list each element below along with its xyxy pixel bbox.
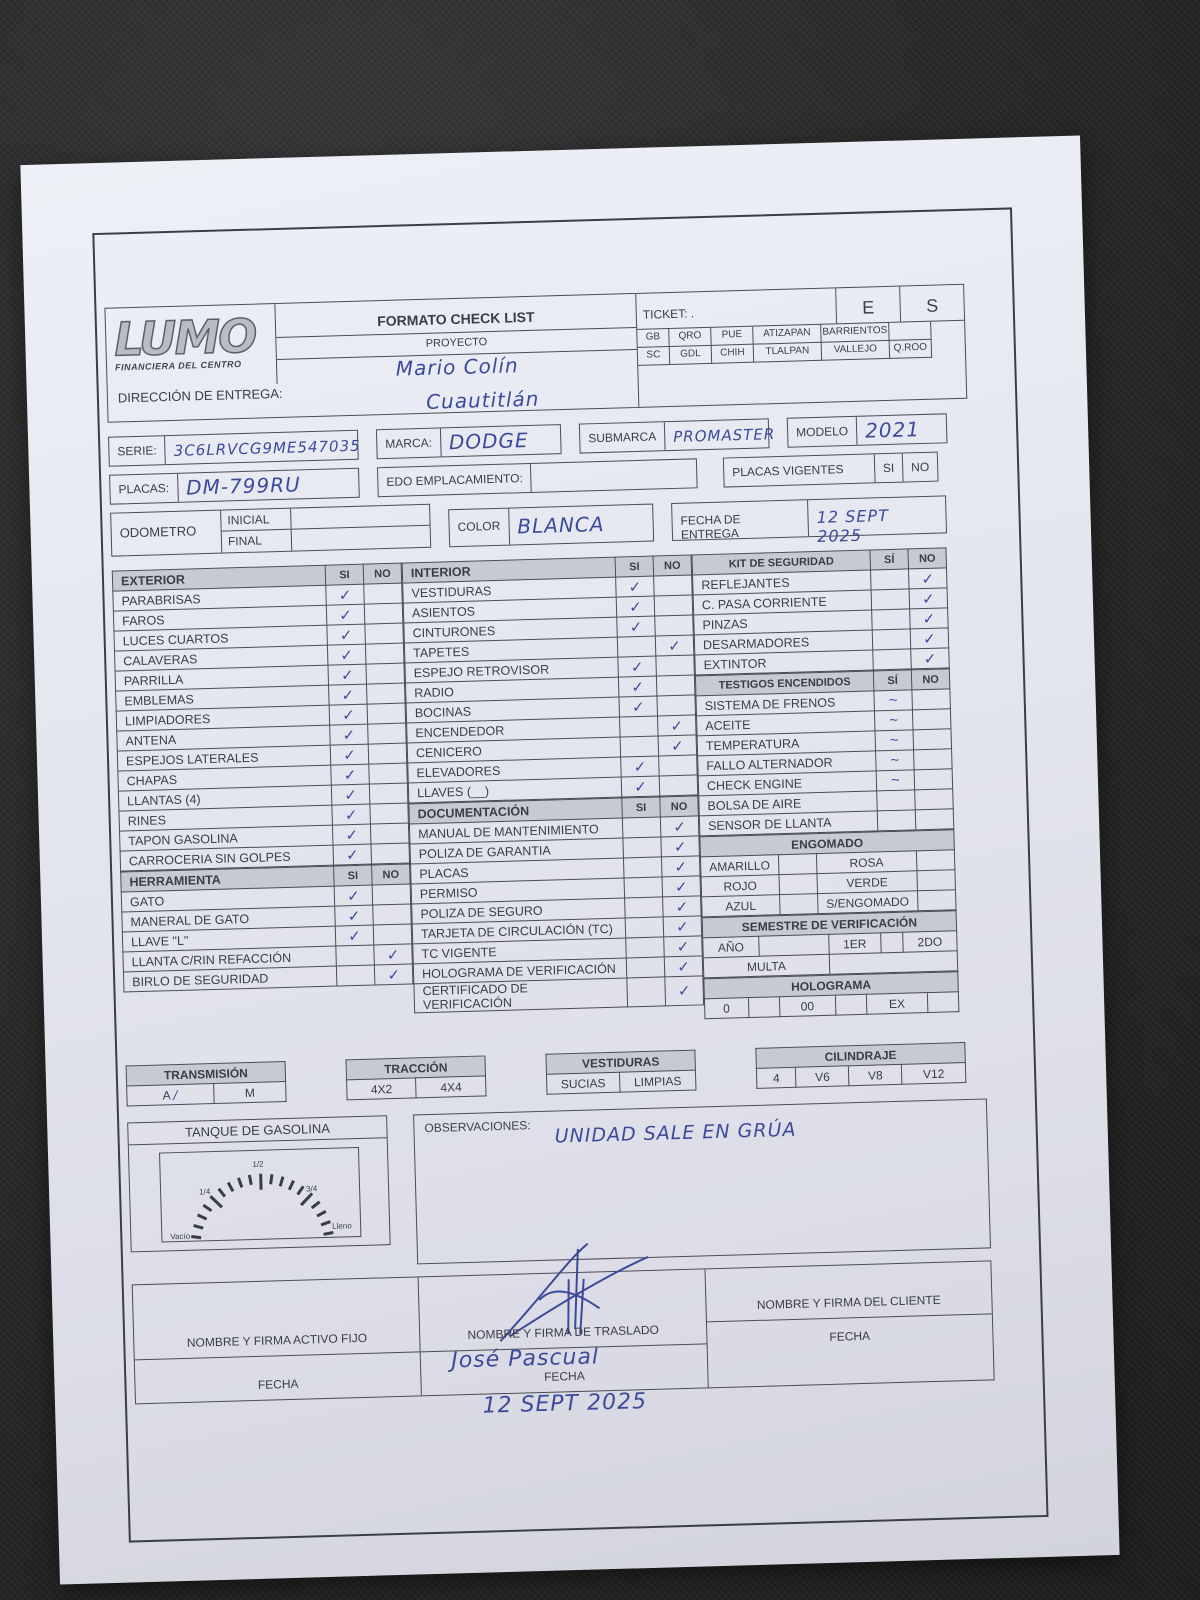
- fuel-gauge[interactable]: Vacío 1/4 1/2 3/4 Lleno: [159, 1147, 361, 1243]
- interior-si-header: SI: [615, 556, 654, 577]
- checkbox-no[interactable]: [373, 924, 412, 945]
- checkbox-si[interactable]: ✓: [334, 885, 373, 906]
- checkbox-si[interactable]: [877, 790, 916, 811]
- testigos-si-header: SÍ: [873, 670, 912, 691]
- checkbox-no[interactable]: [656, 675, 695, 696]
- edo-emplacamiento-value: [531, 463, 548, 491]
- checkbox-si[interactable]: [626, 937, 665, 958]
- testigos-no-header: NO: [911, 669, 950, 690]
- checkbox-no[interactable]: [914, 749, 953, 770]
- location-option[interactable]: TLALPAN: [754, 343, 822, 363]
- checkbox-si[interactable]: [626, 957, 665, 978]
- checkbox-no[interactable]: ✓: [663, 916, 702, 937]
- placas-vigentes-field: PLACAS VIGENTES SI NO: [723, 452, 939, 488]
- checkbox-no[interactable]: [364, 583, 403, 604]
- location-option[interactable]: GB: [637, 329, 669, 348]
- checkbox-si[interactable]: ✓: [333, 844, 372, 865]
- checkbox-no[interactable]: [654, 575, 693, 596]
- vestiduras-limpias[interactable]: LIMPIAS: [619, 1070, 696, 1092]
- location-option[interactable]: CHIH: [712, 345, 754, 364]
- checkbox-si[interactable]: ✓: [331, 784, 370, 805]
- location-option[interactable]: ATIZAPAN: [753, 325, 821, 345]
- cilindraje-v6[interactable]: V6: [796, 1066, 849, 1087]
- checkbox-no[interactable]: [367, 683, 406, 704]
- delivery-address-label: DIRECCIÓN DE ENTREGA:: [118, 386, 283, 406]
- cliente-name-label: NOMBRE Y FIRMA DEL CLIENTE: [706, 1291, 992, 1313]
- location-option[interactable]: GDL: [670, 346, 712, 365]
- checkbox-no[interactable]: [370, 823, 409, 844]
- engomado-option: VERDE: [817, 871, 917, 894]
- multa-label: MULTA: [703, 954, 829, 978]
- logo-mark: LUMO: [114, 312, 268, 362]
- checkbox-no[interactable]: [655, 615, 694, 636]
- location-option[interactable]: PUE: [711, 327, 753, 346]
- engomado-checkbox[interactable]: [778, 854, 817, 875]
- location-grid: GBQROPUEATIZAPANBARRIENTOSSCGDLCHIHTLALP…: [637, 321, 965, 366]
- checkbox-si[interactable]: [872, 629, 911, 650]
- herramienta-no-header: NO: [372, 864, 411, 885]
- checkbox-si[interactable]: ~: [875, 730, 914, 751]
- semestre-second[interactable]: 2DO: [903, 931, 958, 953]
- checkbox-no[interactable]: ✓: [664, 936, 703, 957]
- engomado-option: ROSA: [816, 851, 916, 874]
- checkbox-no[interactable]: ✓: [374, 964, 413, 985]
- traccion-table: TRACCIÓN 4X2 4X4: [345, 1055, 486, 1100]
- signature-traslado[interactable]: NOMBRE Y FIRMA DE TRASLADO José Pascual …: [419, 1269, 709, 1395]
- gauge-quarter-label: 1/4: [199, 1187, 211, 1196]
- cilindraje-4[interactable]: 4: [756, 1067, 796, 1088]
- checkbox-no[interactable]: ✓: [662, 876, 701, 897]
- checkbox-no[interactable]: ✓: [660, 816, 699, 837]
- checkbox-no[interactable]: ✓: [665, 976, 704, 1006]
- checkbox-no[interactable]: ✓: [910, 608, 949, 629]
- checkbox-si[interactable]: ✓: [327, 644, 366, 665]
- checkbox-si[interactable]: ✓: [326, 584, 365, 605]
- marca-field[interactable]: MARCA: DODGE: [376, 424, 562, 459]
- checkbox-si[interactable]: [336, 945, 375, 966]
- kit_seguridad-si-header: SÍ: [870, 549, 909, 570]
- modelo-label: MODELO: [788, 417, 858, 447]
- checkbox-no[interactable]: ✓: [909, 588, 948, 609]
- semestre-first[interactable]: 1ER: [828, 933, 881, 954]
- form-sheet: LUMO FINANCIERA DEL CENTRO FORMATO CHECK…: [104, 284, 994, 1405]
- odometro-inicial-label: INICIAL: [221, 509, 292, 531]
- traccion-4x2[interactable]: 4X2: [347, 1078, 417, 1100]
- entry-checkbox[interactable]: E: [835, 287, 900, 324]
- checkbox-no[interactable]: [365, 623, 404, 644]
- vestiduras-table: VESTIDURAS SUCIAS LIMPIAS: [545, 1050, 696, 1095]
- cliente-date-label: FECHA: [707, 1325, 993, 1347]
- fecha-entrega-field[interactable]: FECHA DE ENTREGA 12 SEPT 2025: [671, 495, 947, 541]
- engomado-checkbox[interactable]: [779, 874, 818, 895]
- placas-label: PLACAS:: [110, 474, 178, 504]
- transmision-manual[interactable]: M: [214, 1082, 286, 1104]
- checkbox-si[interactable]: ✓: [619, 696, 658, 717]
- exit-checkbox[interactable]: S: [899, 285, 964, 322]
- checkbox-no[interactable]: [373, 904, 412, 925]
- checkbox-si[interactable]: ✓: [616, 576, 655, 597]
- odometro-field: ODOMETRO INICIAL FINAL: [110, 504, 431, 557]
- engomado-checkbox[interactable]: [917, 870, 956, 891]
- odometro-final-label: FINAL: [222, 530, 293, 553]
- interior-column: INTERIORSINOVESTIDURAS✓ASIENTOS✓CINTURON…: [402, 554, 705, 1027]
- checkbox-si[interactable]: [627, 977, 666, 1007]
- exterior-si-header: SI: [325, 564, 364, 585]
- placas-field[interactable]: PLACAS: DM-799RU: [109, 468, 360, 505]
- checkbox-si[interactable]: [617, 636, 656, 657]
- placas-vigentes-si[interactable]: SI: [874, 454, 903, 483]
- signature-section: NOMBRE Y FIRMA ACTIVO FIJO FECHA NOMBRE …: [132, 1260, 995, 1404]
- checkbox-si[interactable]: ✓: [617, 616, 656, 637]
- checkbox-no[interactable]: [369, 783, 408, 804]
- checkbox-no[interactable]: [912, 689, 951, 710]
- checkbox-no[interactable]: ✓: [910, 628, 949, 649]
- checkbox-si[interactable]: ✓: [330, 724, 369, 745]
- checkbox-si[interactable]: ✓: [618, 656, 657, 677]
- checkbox-no[interactable]: [368, 743, 407, 764]
- checkbox-si[interactable]: [623, 837, 662, 858]
- semestre-table: SEMESTRE DE VERIFICACIÓN AÑO 1ER 2DO MUL…: [702, 910, 959, 978]
- documentacion-table: DOCUMENTACIÓNSINOMANUAL DE MANTENIMIENTO…: [408, 795, 704, 1013]
- checkbox-no[interactable]: ✓: [658, 715, 697, 736]
- checkbox-si[interactable]: ✓: [332, 804, 371, 825]
- checkbox-si[interactable]: ~: [874, 710, 913, 731]
- activo-fijo-date-label: FECHA: [135, 1373, 421, 1395]
- checkbox-no[interactable]: ✓: [658, 735, 697, 756]
- semestre-first-box[interactable]: [881, 932, 904, 953]
- checkbox-no[interactable]: [659, 775, 698, 796]
- odometro-label: ODOMETRO: [111, 511, 222, 556]
- gauge-full-label: Lleno: [332, 1221, 352, 1231]
- checkbox-no[interactable]: [372, 884, 411, 905]
- engomado-checkbox[interactable]: [779, 894, 818, 915]
- location-option[interactable]: [889, 322, 931, 341]
- fecha-entrega-label: FECHA DE ENTREGA: [672, 500, 809, 540]
- checkbox-si[interactable]: [871, 569, 910, 590]
- activo-fijo-name-label: NOMBRE Y FIRMA ACTIVO FIJO: [134, 1329, 420, 1351]
- cilindraje-v8[interactable]: V8: [849, 1064, 902, 1085]
- checkbox-no[interactable]: [914, 769, 953, 790]
- checkbox-no[interactable]: [371, 843, 410, 864]
- delivery-address-value: Cuautitlán: [426, 387, 540, 414]
- fecha-entrega-value: 12 SEPT 2025: [808, 496, 946, 536]
- checkbox-no[interactable]: ✓: [661, 836, 700, 857]
- color-field[interactable]: COLOR BLANCA: [448, 504, 654, 548]
- gauge-three-quarter-label: 3/4: [306, 1184, 318, 1193]
- option-boxes: TRANSMISIÓN A / M TRACCIÓN 4X2 4X4 VESTI…: [126, 1041, 987, 1106]
- placas-value: DM-799RU: [178, 470, 309, 502]
- checkbox-no[interactable]: ✓: [909, 568, 948, 589]
- checklist-item-label: CERTIFICADO DE VERIFICACIÓN: [414, 978, 628, 1013]
- checkbox-si[interactable]: [336, 965, 375, 986]
- fuel-tank-title: TANQUE DE GASOLINA: [128, 1116, 387, 1145]
- checkbox-si[interactable]: ~: [874, 690, 913, 711]
- checkbox-no[interactable]: [659, 755, 698, 776]
- interior-no-header: NO: [653, 555, 692, 576]
- checkbox-si[interactable]: [622, 817, 661, 838]
- kit-seguridad-table: KIT DE SEGURIDADSÍNOREFLEJANTES✓C. PASA …: [692, 547, 950, 675]
- interior-table: INTERIORSINOVESTIDURAS✓ASIENTOS✓CINTURON…: [402, 554, 699, 803]
- checkbox-si[interactable]: ✓: [335, 925, 374, 946]
- cilindraje-table: CILINDRAJE 4 V6 V8 V12: [755, 1042, 966, 1089]
- checkbox-no[interactable]: ✓: [374, 944, 413, 965]
- signature-activo-fijo[interactable]: NOMBRE Y FIRMA ACTIVO FIJO FECHA: [133, 1277, 423, 1403]
- serie-value: 3C6LRVCG9ME547035: [165, 430, 369, 464]
- checkbox-si[interactable]: [620, 736, 659, 757]
- vestiduras-sucias[interactable]: SUCIAS: [546, 1072, 619, 1094]
- checkbox-no[interactable]: [369, 763, 408, 784]
- form-header: LUMO FINANCIERA DEL CENTRO FORMATO CHECK…: [104, 284, 967, 423]
- cilindraje-v12[interactable]: V12: [901, 1063, 965, 1085]
- holograma-ex[interactable]: EX: [866, 993, 927, 1015]
- engomado-option: ROJO: [701, 875, 779, 897]
- checkbox-si[interactable]: ✓: [326, 604, 365, 625]
- holograma-0-box[interactable]: [748, 997, 780, 1018]
- submarca-label: SUBMARCA: [580, 422, 666, 452]
- gauge-empty-label: Vacío: [170, 1232, 191, 1242]
- placas-vigentes-label: PLACAS VIGENTES: [724, 454, 875, 486]
- gauge-half-label: 1/2: [252, 1160, 264, 1169]
- checkbox-si[interactable]: ✓: [618, 676, 657, 697]
- exterior-column: EXTERIORSINOPARABRISAS✓FAROS✓LUCES CUART…: [112, 563, 415, 1036]
- checkbox-no[interactable]: ✓: [655, 635, 694, 656]
- traccion-4x4[interactable]: 4X4: [416, 1076, 486, 1098]
- engomado-table: ENGOMADO AMARILLOROSAROJOVERDEAZULS/ENGO…: [699, 829, 956, 917]
- transmision-table: TRANSMISIÓN A / M: [126, 1061, 287, 1106]
- checkbox-si[interactable]: [620, 716, 659, 737]
- observaciones-box[interactable]: OBSERVACIONES: UNIDAD SALE EN GRÚA: [413, 1098, 991, 1264]
- checkbox-si[interactable]: ✓: [332, 824, 371, 845]
- checkbox-no[interactable]: [370, 803, 409, 824]
- checkbox-no[interactable]: [366, 663, 405, 684]
- checkbox-si[interactable]: ~: [876, 770, 915, 791]
- location-option[interactable]: SC: [638, 347, 670, 366]
- engomado-option: S/ENGOMADO: [818, 891, 918, 914]
- checkbox-si[interactable]: [624, 877, 663, 898]
- testigos-table: TESTIGOS ENCENDIDOSSÍNOSISTEMA DE FRENOS…: [695, 668, 954, 836]
- herramienta-table: HERRAMIENTASINOGATO✓MANERAL DE GATO✓LLAV…: [120, 863, 413, 992]
- checkbox-si[interactable]: ~: [876, 750, 915, 771]
- checkbox-no[interactable]: [915, 789, 954, 810]
- checkbox-si[interactable]: ✓: [327, 624, 366, 645]
- checkbox-si[interactable]: [871, 589, 910, 610]
- fuel-gauge-icon: Vacío 1/4 1/2 3/4 Lleno: [160, 1148, 362, 1244]
- traslado-date-value: 12 SEPT 2025: [482, 1389, 647, 1419]
- marca-value: DODGE: [441, 426, 537, 457]
- checkbox-si[interactable]: [623, 857, 662, 878]
- logo: LUMO FINANCIERA DEL CENTRO: [105, 304, 277, 389]
- checklist-tables: EXTERIORSINOPARABRISAS✓FAROS✓LUCES CUART…: [112, 547, 985, 1036]
- holograma-00[interactable]: 00: [779, 995, 835, 1017]
- checkbox-si[interactable]: ✓: [616, 596, 655, 617]
- checkbox-si[interactable]: [872, 609, 911, 630]
- holograma-table: HOLOGRAMA 0 00 EX: [703, 971, 959, 1019]
- documentacion-si-header: SI: [622, 797, 661, 818]
- modelo-field[interactable]: MODELO 2021: [787, 413, 948, 447]
- checkbox-no[interactable]: [367, 703, 406, 724]
- marca-label: MARCA:: [377, 428, 441, 458]
- checkbox-no[interactable]: [657, 695, 696, 716]
- documentacion-no-header: NO: [660, 796, 699, 817]
- fuel-tank-box: TANQUE DE GASOLINA Vacío 1/4 1/2 3/4 Lle…: [127, 1115, 391, 1252]
- ticket-column: TICKET: . E S GBQROPUEATIZAPANBARRIENTOS…: [635, 285, 966, 407]
- checkbox-no[interactable]: ✓: [664, 956, 703, 977]
- engomado-checkbox[interactable]: [916, 850, 955, 871]
- submarca-value: PROMASTER: [665, 419, 784, 450]
- engomado-option: AMARILLO: [700, 855, 778, 877]
- holograma-00-box[interactable]: [835, 994, 867, 1015]
- checkbox-si[interactable]: ✓: [330, 744, 369, 765]
- location-option[interactable]: Q.ROO: [890, 340, 932, 359]
- checkbox-si[interactable]: [877, 810, 916, 831]
- kit_seguridad-no-header: NO: [908, 548, 947, 569]
- signature-cliente[interactable]: NOMBRE Y FIRMA DEL CLIENTE FECHA: [705, 1261, 994, 1387]
- edo-emplacamiento-label: EDO EMPLACAMIENTO:: [378, 464, 532, 496]
- checkbox-no[interactable]: [912, 709, 951, 730]
- checkbox-si[interactable]: ✓: [621, 756, 660, 777]
- semestre-year-value[interactable]: [758, 934, 829, 956]
- submarca-field[interactable]: SUBMARCA PROMASTER: [579, 418, 770, 453]
- serie-label: SERIE:: [109, 436, 166, 466]
- checkbox-si[interactable]: ✓: [331, 764, 370, 785]
- location-option[interactable]: BARRIENTOS: [821, 323, 889, 343]
- location-option[interactable]: QRO: [669, 328, 711, 347]
- checkbox-no[interactable]: [368, 723, 407, 744]
- color-value: BLANCA: [509, 506, 613, 545]
- checkbox-no[interactable]: [654, 595, 693, 616]
- engomado-option: AZUL: [702, 895, 780, 917]
- checkbox-si[interactable]: ✓: [621, 776, 660, 797]
- holograma-0[interactable]: 0: [704, 998, 748, 1019]
- checkbox-si[interactable]: ✓: [335, 905, 374, 926]
- checkbox-si[interactable]: [625, 917, 664, 938]
- checkbox-no[interactable]: [364, 603, 403, 624]
- checkbox-no[interactable]: [365, 643, 404, 664]
- checkbox-no[interactable]: ✓: [663, 896, 702, 917]
- checkbox-no[interactable]: [915, 809, 954, 830]
- checkbox-si[interactable]: [625, 897, 664, 918]
- checkbox-no[interactable]: [913, 729, 952, 750]
- checkbox-si[interactable]: ✓: [328, 664, 367, 685]
- checkbox-no[interactable]: [656, 655, 695, 676]
- checkbox-no[interactable]: ✓: [661, 856, 700, 877]
- checkbox-si[interactable]: ✓: [329, 684, 368, 705]
- checklist-paper: LUMO FINANCIERA DEL CENTRO FORMATO CHECK…: [20, 135, 1119, 1584]
- serie-field[interactable]: SERIE: 3C6LRVCG9ME547035: [108, 430, 359, 467]
- checkbox-no[interactable]: ✓: [911, 648, 950, 669]
- color-label: COLOR: [449, 509, 510, 547]
- engomado-checkbox[interactable]: [917, 890, 956, 911]
- safety-column: KIT DE SEGURIDADSÍNOREFLEJANTES✓C. PASA …: [692, 547, 960, 1019]
- modelo-value: 2021: [857, 415, 929, 445]
- herramienta-si-header: SI: [334, 865, 373, 886]
- exterior-no-header: NO: [363, 563, 402, 584]
- exterior-table: EXTERIORSINOPARABRISAS✓FAROS✓LUCES CUART…: [112, 563, 410, 872]
- holograma-ex-box[interactable]: [927, 992, 959, 1013]
- location-option[interactable]: VALLEJO: [822, 341, 890, 361]
- edo-emplacamiento-field[interactable]: EDO EMPLACAMIENTO:: [377, 458, 698, 497]
- checkbox-si[interactable]: ✓: [329, 704, 368, 725]
- semestre-year-label: AÑO: [703, 936, 759, 958]
- checkbox-si[interactable]: [873, 649, 912, 670]
- placas-vigentes-no[interactable]: NO: [903, 453, 938, 482]
- ticket-label: TICKET: .: [636, 288, 836, 329]
- transmision-auto[interactable]: A /: [127, 1084, 215, 1106]
